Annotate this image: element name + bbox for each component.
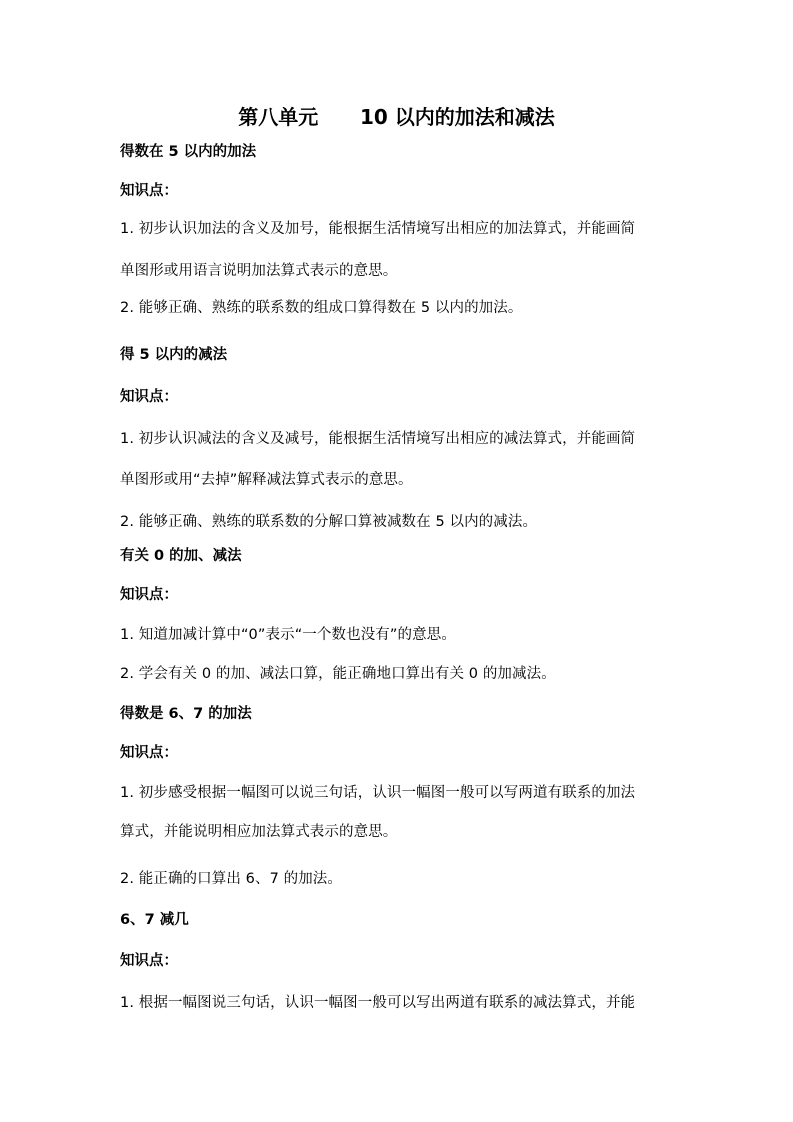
paragraph-line: 1. 初步感受根据一幅图可以说三句话，认识一幅图一般可以写两道有联系的加法 bbox=[120, 783, 635, 803]
knowledge-label: 知识点： bbox=[120, 387, 178, 407]
section-heading: 得数是 6、7 的加法 bbox=[120, 704, 252, 724]
paragraph-line: 2. 学会有关 0 的加、减法口算，能正确地口算出有关 0 的加减法。 bbox=[120, 664, 556, 684]
paragraph-line: 1. 初步认识加法的含义及加号，能根据生活情境写出相应的加法算式，并能画简 bbox=[120, 219, 635, 239]
paragraph-line: 2. 能够正确、熟练的联系数的分解口算被减数在 5 以内的减法。 bbox=[120, 512, 537, 532]
section-heading: 有关 0 的加、减法 bbox=[120, 546, 242, 566]
paragraph-line: 1. 根据一幅图说三句话，认识一幅图一般可以写出两道有联系的减法算式，并能 bbox=[120, 993, 635, 1013]
knowledge-label: 知识点： bbox=[120, 743, 178, 763]
section-heading: 得数在 5 以内的加法 bbox=[120, 142, 256, 162]
page-title: 第八单元 10 以内的加法和减法 bbox=[0, 104, 793, 130]
paragraph-line: 单图形或用语言说明加法算式表示的意思。 bbox=[120, 261, 397, 281]
paragraph-line: 2. 能正确的口算出 6、7 的加法。 bbox=[120, 869, 342, 889]
paragraph-line: 2. 能够正确、熟练的联系数的组成口算得数在 5 以内的加法。 bbox=[120, 298, 523, 318]
section-heading: 6、7 减几 bbox=[120, 910, 189, 930]
paragraph-line: 算式，并能说明相应加法算式表示的意思。 bbox=[120, 822, 397, 842]
paragraph-line: 单图形或用“去掉”解释减法算式表示的意思。 bbox=[120, 470, 413, 490]
section-heading: 得 5 以内的减法 bbox=[120, 345, 227, 365]
knowledge-label: 知识点： bbox=[120, 585, 178, 605]
knowledge-label: 知识点： bbox=[120, 181, 178, 201]
knowledge-label: 知识点： bbox=[120, 951, 178, 971]
paragraph-line: 1. 初步认识减法的含义及减号，能根据生活情境写出相应的减法算式，并能画简 bbox=[120, 429, 635, 449]
paragraph-line: 1. 知道加减计算中“0”表示“一个数也没有”的意思。 bbox=[120, 625, 456, 645]
